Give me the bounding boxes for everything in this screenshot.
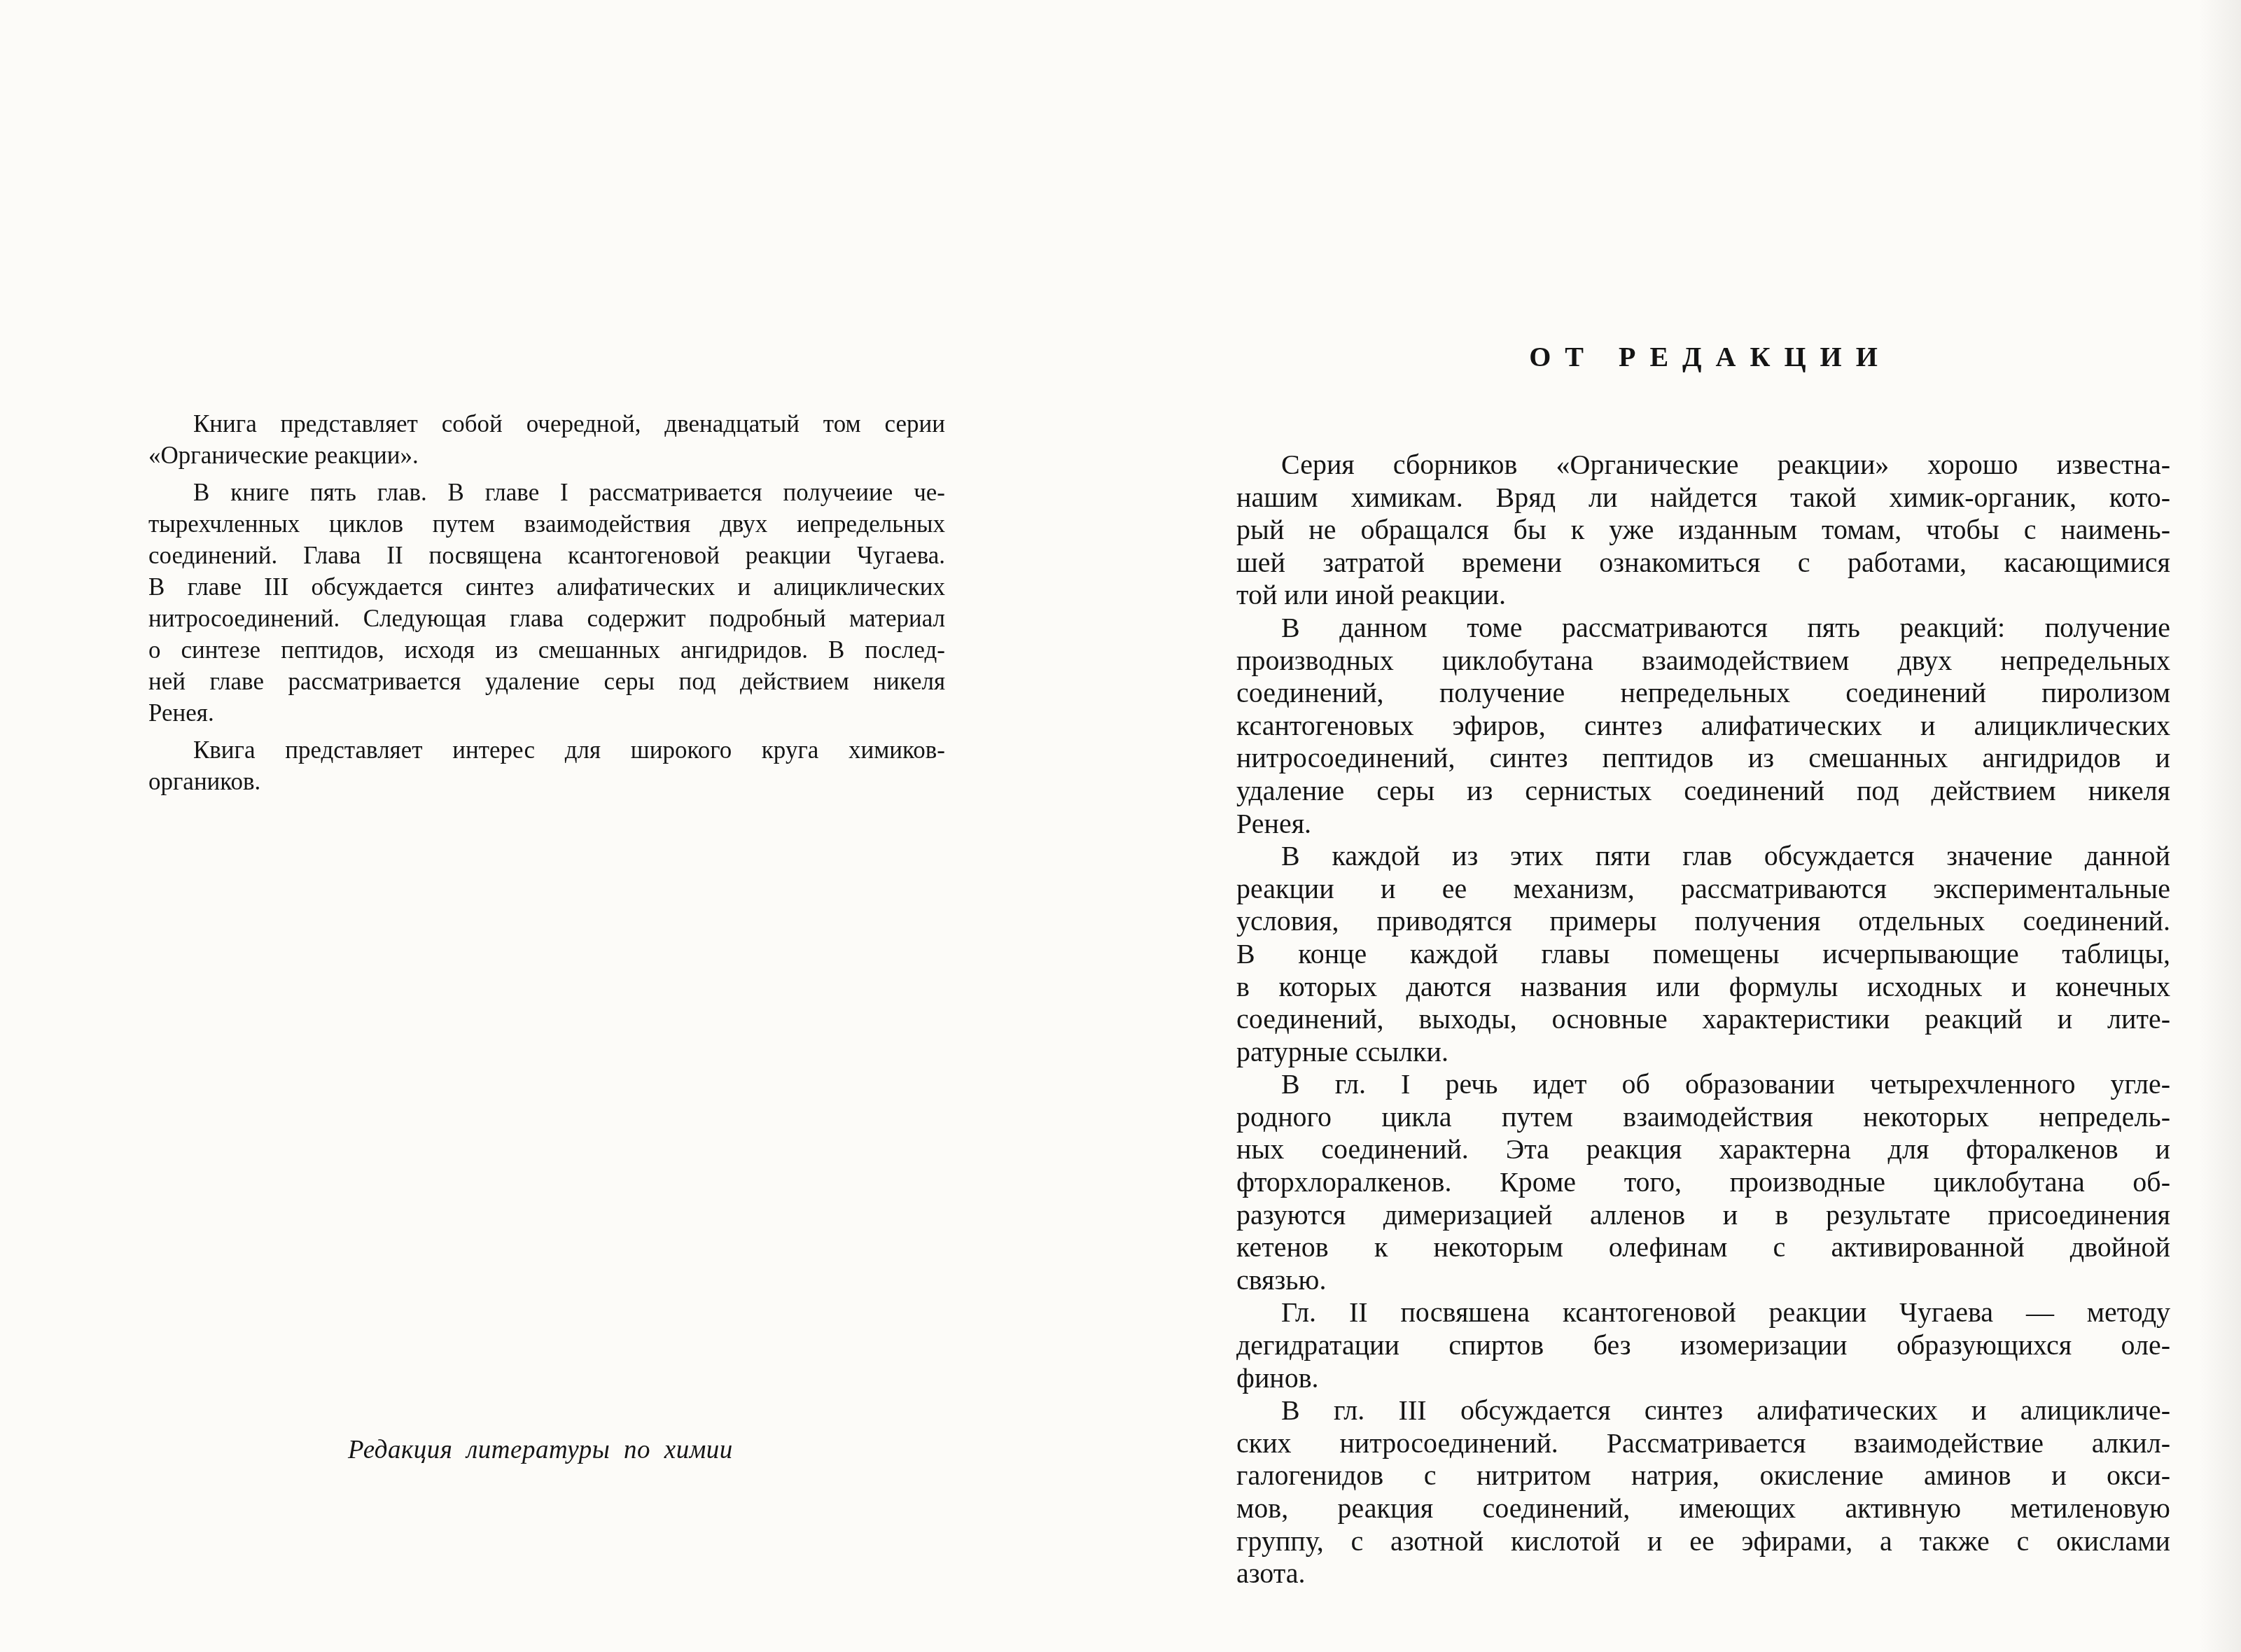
text-line: нашим химикам. Вряд ли найдется такой хи…: [1236, 482, 2170, 514]
text-line: соединений, выходы, основные характерист…: [1236, 1003, 2170, 1036]
text-line: связью.: [1236, 1264, 2170, 1297]
text-line: ратурные ссылки.: [1236, 1036, 2170, 1069]
text-line: дегидратации спиртов без изомеризации об…: [1236, 1329, 2170, 1362]
text-line: нитросоединений, синтез пептидов из смеш…: [1236, 742, 2170, 775]
paragraph: В данном томе рассматриваются пять реакц…: [1236, 612, 2170, 840]
text-line: В каждой из этих пяти глав обсуждается з…: [1236, 840, 2170, 873]
text-line: «Органические реакции».: [148, 440, 945, 471]
text-line: о синтезе пептидов, исходя из смешанных …: [148, 634, 945, 666]
text-line: органиков.: [148, 766, 945, 797]
text-line: разуются димеризацией алленов и в резуль…: [1236, 1199, 2170, 1232]
text-line: фторхлоралкенов. Кроме того, производные…: [1236, 1166, 2170, 1199]
text-line: В гл. III обсуждается синтез алифатическ…: [1236, 1394, 2170, 1427]
text-line: В главе III обсуждается синтез алифатиче…: [148, 571, 945, 603]
text-line: рый не обращался бы к уже изданным томам…: [1236, 514, 2170, 547]
annotation-block: Книга представляет собой очередной, двен…: [148, 408, 945, 797]
paragraph: В каждой из этих пяти глав обсуждается з…: [1236, 840, 2170, 1068]
paragraph: Квига представляет интерес для широкого …: [148, 734, 945, 797]
text-line: В данном томе рассматриваются пять реакц…: [1236, 612, 2170, 645]
text-line: кетенов к некоторым олефинам с активиров…: [1236, 1231, 2170, 1264]
text-line: мов, реакция соединений, имеющих активну…: [1236, 1492, 2170, 1525]
text-line: галогенидов с нитритом натрия, окисление…: [1236, 1459, 2170, 1492]
left-page: Книга представляет собой очередной, двен…: [0, 0, 1120, 1652]
text-line: нитросоединений. Следующая глава содержи…: [148, 603, 945, 634]
paragraph: Книга представляет собой очередной, двен…: [148, 408, 945, 471]
text-line: В гл. I речь идет об образовании четырех…: [1236, 1068, 2170, 1101]
text-line: реакции и ее механизм, рассматриваются э…: [1236, 873, 2170, 906]
text-line: производных циклобутана взаимодействием …: [1236, 645, 2170, 678]
text-line: финов.: [1236, 1362, 2170, 1395]
paragraph: В гл. III обсуждается синтез алифатическ…: [1236, 1394, 2170, 1590]
text-line: ных соединений. Эта реакция характерна д…: [1236, 1133, 2170, 1166]
text-line: в которых даются названия или формулы ис…: [1236, 971, 2170, 1004]
paragraph: В книге пять глав. В главе I рассматрива…: [148, 477, 945, 729]
text-line: той или иной реакции.: [1236, 579, 2170, 612]
text-line: родного цикла путем взаимодействия некот…: [1236, 1101, 2170, 1134]
text-line: соединений, получение непредельных соеди…: [1236, 677, 2170, 710]
right-page: ОТ РЕДАКЦИИ Серия сборников «Органически…: [1120, 0, 2241, 1652]
text-line: азота.: [1236, 1557, 2170, 1590]
text-line: Гл. II посвяшена ксантогеновой реакции Ч…: [1236, 1296, 2170, 1329]
editorial-text-block: Серия сборников «Органические реакции» х…: [1236, 449, 2170, 1590]
text-line: удаление серы из сернистых соединений по…: [1236, 775, 2170, 808]
text-line: тырехчленных циклов путем взаимодействия…: [148, 508, 945, 540]
text-line: ней главе рассматривается удаление серы …: [148, 666, 945, 697]
paragraph: Серия сборников «Органические реакции» х…: [1236, 449, 2170, 612]
text-line: Ренея.: [1236, 808, 2170, 841]
text-line: В конце каждой главы помещены исчерпываю…: [1236, 938, 2170, 971]
text-line: группу, с азотной кислотой и ее эфирами,…: [1236, 1525, 2170, 1558]
book-spread-scan: { "left_page": { "annotation_paragraphs"…: [0, 0, 2241, 1652]
text-line: условия, приводятся примеры получения от…: [1236, 905, 2170, 938]
paragraph: В гл. I речь идет об образовании четырех…: [1236, 1068, 2170, 1296]
section-heading: ОТ РЕДАКЦИИ: [1236, 340, 2170, 373]
text-line: Квига представляет интерес для широкого …: [148, 734, 945, 766]
text-line: В книге пять глав. В главе I рассматрива…: [148, 477, 945, 508]
text-line: ских нитросоединений. Рассматривается вз…: [1236, 1427, 2170, 1460]
imprint-line: Редакция литературы по химии: [348, 1435, 733, 1465]
text-line: шей затратой времени ознакомиться с рабо…: [1236, 547, 2170, 580]
paragraph: Гл. II посвяшена ксантогеновой реакции Ч…: [1236, 1296, 2170, 1394]
text-line: ксантогеновых эфиров, синтез алифатическ…: [1236, 710, 2170, 743]
text-line: соединений. Глава II посвящена ксантоген…: [148, 540, 945, 571]
text-line: Ренея.: [148, 697, 945, 729]
text-line: Книга представляет собой очередной, двен…: [148, 408, 945, 440]
text-line: Серия сборников «Органические реакции» х…: [1236, 449, 2170, 482]
